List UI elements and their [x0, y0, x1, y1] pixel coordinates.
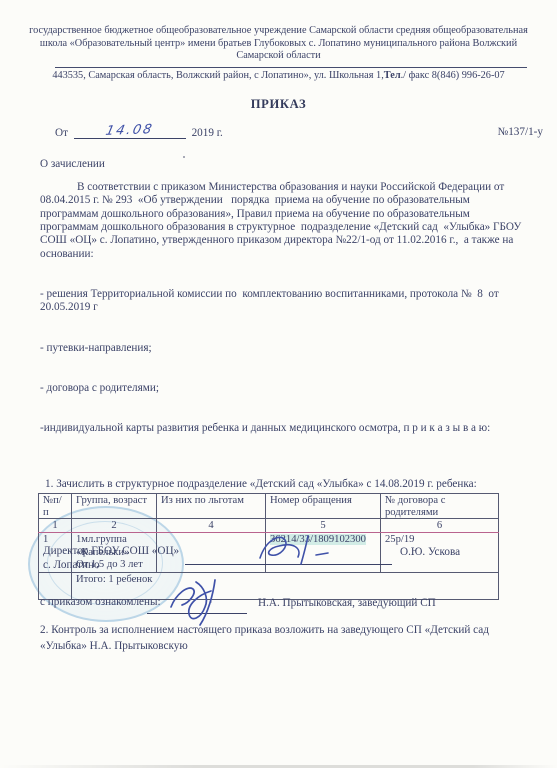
header-cell-benefits: Из них по льготам — [157, 494, 266, 519]
acknowledged-label: с приказом ознакомлены: — [40, 596, 161, 608]
address-tel-bold: Тел — [384, 70, 401, 81]
director-name: О.Ю. Ускова — [400, 546, 460, 558]
col-number: 6 — [381, 519, 499, 533]
date-prefix: От — [55, 127, 68, 139]
address-line: 443535, Самарская область, Волжский райо… — [0, 70, 557, 81]
org-line: государственное бюджетное общеобразовате… — [23, 25, 535, 38]
order-item-2: 2. Контроль за исполнением настоящего пр… — [40, 622, 527, 655]
header-divider — [55, 67, 527, 68]
col-number: 1 — [39, 519, 72, 533]
ground-item: - решения Территориальной комиссии по ко… — [40, 288, 527, 315]
col-number: 4 — [157, 519, 266, 533]
address-part3: ./ факс 8(846) 996-26-07 — [401, 70, 505, 81]
director-label: Директор ГБОУ СОШ «ОЦ» с. Лопатино — [43, 544, 179, 572]
ground-item: -индивидуальной карты развития ребенка и… — [40, 422, 527, 435]
director-signature-ink — [252, 530, 362, 570]
date-suffix: 2019 г. — [192, 127, 223, 139]
order-subject: О зачислении — [40, 158, 525, 170]
document-title: ПРИКАЗ — [0, 97, 557, 112]
preamble-paragraph: В соответствии с приказом Министерства о… — [40, 181, 527, 261]
acknowledged-signature-ink — [163, 573, 243, 627]
header-cell-group: Группа, возраст — [72, 494, 157, 519]
header-cell-contract: № договора с родителями — [381, 494, 499, 519]
org-line: школа «Образовательный центр» имени брат… — [23, 38, 535, 51]
date-underline: 14.08 — [74, 123, 186, 139]
table-header-row: №п/п Группа, возраст Из них по льготам Н… — [39, 494, 499, 519]
col-number: 2 — [72, 519, 157, 533]
header-cell-application: Номер обращения — [266, 494, 381, 519]
ground-item: - путевки-направления; — [40, 342, 527, 355]
org-line: Самарской области — [23, 50, 535, 63]
header-cell-num: №п/п — [39, 494, 72, 519]
acknowledged-name: Н.А. Прытыковская, заведующий СП — [258, 597, 436, 609]
ground-item: - договора с родителями; — [40, 382, 527, 395]
order-number: №137/1-у — [498, 126, 543, 138]
grounds-list: - решения Территориальной комиссии по ко… — [40, 261, 527, 462]
organization-header: государственное бюджетное общеобразовате… — [23, 25, 535, 63]
address-part1: 443535, Самарская область, Волжский райо… — [52, 70, 383, 81]
order-item-1: 1. Зачислить в структурное подразделение… — [45, 478, 531, 490]
handwritten-date: 14.08 — [104, 122, 155, 139]
scanned-order-document: государственное бюджетное общеобразовате… — [0, 0, 557, 768]
date-line: От 14.08 2019 г. №137/1-у — [55, 123, 525, 143]
